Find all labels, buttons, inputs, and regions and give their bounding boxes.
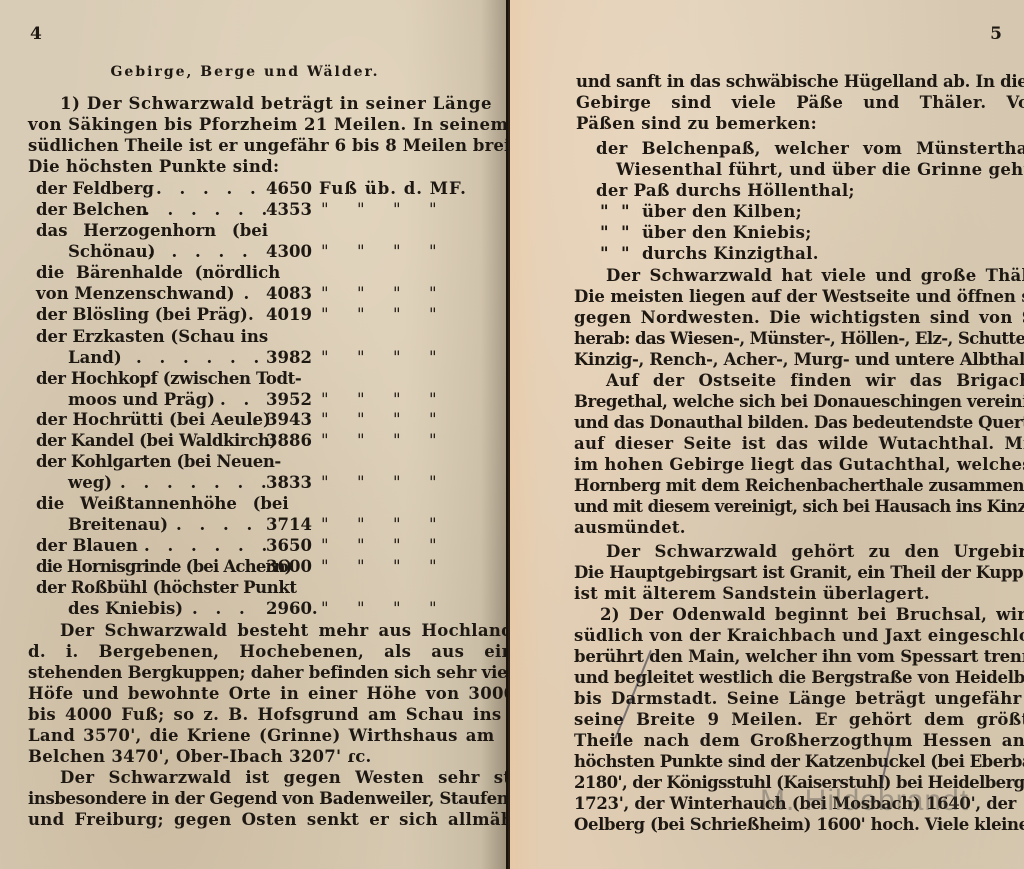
- leader-dots: . . . . .: [156, 179, 262, 199]
- leader-dots: . . . .: [176, 515, 258, 535]
- peak-name-cont: von Menzenschwand): [36, 284, 235, 304]
- peak-height: 4019: [266, 305, 312, 325]
- watermark: M. Hildebrandt: [760, 784, 969, 818]
- text-line: berührt den Main, welcher ihn vom Spessa…: [574, 647, 1024, 667]
- text-line: gegen Nordwesten. Die wichtigsten sind v…: [574, 308, 1024, 328]
- text-line: insbesondere in der Gegend von Badenweil…: [28, 789, 508, 809]
- peak-name: der Kohlgarten (bei Neuen-: [36, 452, 281, 472]
- pass-item: Wiesenthal führt, und über die Grinne ge…: [616, 160, 1024, 180]
- ditto-marks: """": [321, 473, 465, 493]
- ditto-marks: """": [321, 515, 465, 535]
- peak-name-cont: des Kniebis): [68, 599, 183, 619]
- ditto-marks: """": [321, 348, 465, 368]
- right-page: 5 und sanft in das schwäbische Hügelland…: [510, 0, 1024, 869]
- peak-name: der Belchen: [36, 200, 148, 220]
- text-line: Bregethal, welche sich bei Donaueschinge…: [574, 392, 1024, 412]
- text-line: südlich von der Kraichbach und Jaxt eing…: [574, 626, 1024, 646]
- text-line: Land 3570', die Kriene (Grinne) Wirthsha…: [28, 726, 495, 746]
- text-line: und sanft in das schwäbische Hügelland a…: [576, 72, 1024, 92]
- pass-item: der Paß durchs Höllenthal;: [596, 181, 855, 201]
- peak-name: die Weißtannenhöhe (bei: [36, 494, 289, 514]
- text-line: stehenden Bergkuppen; daher befinden sic…: [28, 663, 508, 683]
- text-line: und Freiburg; gegen Osten senkt er sich …: [28, 810, 508, 830]
- text-line: im hohen Gebirge liegt das Gutachthal, w…: [574, 455, 1024, 475]
- peak-name: der Kandel (bei Waldkirch): [36, 431, 277, 451]
- peak-height: 3943: [266, 410, 312, 430]
- text-line: Oelberg (bei Schrießheim) 1600' hoch. Vi…: [574, 815, 1024, 835]
- text-line: Die meisten liegen auf der Westseite und…: [574, 287, 1024, 307]
- ditto-marks: """": [321, 557, 465, 577]
- text-line: ist mit älterem Sandstein überlagert.: [574, 584, 930, 604]
- ditto-marks: """": [321, 599, 465, 619]
- leader-dots: . .: [220, 390, 255, 410]
- text-line: Gebirge sind viele Päße und Thäler. Von …: [576, 93, 1024, 113]
- peak-name: der Roßbühl (höchster Punkt: [36, 578, 297, 598]
- text-line: südlichen Theile ist er ungefähr 6 bis 8…: [28, 136, 508, 156]
- text-line: Der Schwarzwald hat viele und große Thäl…: [606, 266, 1024, 286]
- peak-height: 4650: [266, 179, 312, 199]
- peak-height: 3833: [266, 473, 312, 493]
- peak-name-cont: moos und Präg): [68, 390, 215, 410]
- pass-item: " " durchs Kinzigthal.: [600, 244, 819, 264]
- ditto-marks: """": [321, 431, 465, 451]
- peak-name-cont: Land): [68, 348, 122, 368]
- section-heading: Gebirge, Berge und Wälder.: [0, 64, 490, 80]
- peak-height: 3982: [266, 348, 312, 368]
- peak-name-cont: Schönau): [68, 242, 155, 262]
- peak-height: 2960.: [266, 599, 318, 619]
- text-line: Der Schwarzwald ist gegen Westen sehr st…: [60, 768, 508, 788]
- text-line: Kinzig-, Rench-, Acher-, Murg- und unter…: [574, 350, 1024, 370]
- pass-item: " " über den Kilben;: [600, 202, 802, 222]
- peak-height: 3650: [266, 536, 312, 556]
- peak-name: der Blauen: [36, 536, 138, 556]
- peak-name: der Hochrütti (bei Aeule): [36, 410, 271, 430]
- peak-height: 3714: [266, 515, 312, 535]
- text-line: d. i. Bergebenen, Hochebenen, als aus ei…: [28, 642, 508, 662]
- text-line: Der Schwarzwald besteht mehr aus Hochlan…: [60, 621, 508, 641]
- text-line: herab: das Wiesen-, Münster-, Höllen-, E…: [574, 329, 1024, 349]
- text-line: höchsten Punkte sind der Katzenbuckel (b…: [574, 752, 1024, 772]
- text-line: Auf der Ostseite finden wir das Brigach-…: [606, 371, 1024, 391]
- leader-dots: .: [252, 410, 264, 430]
- peak-name: die Bärenhalde (nördlich: [36, 263, 280, 283]
- ditto-marks: """": [321, 242, 465, 262]
- leader-dots: . . . . . . .: [120, 473, 273, 493]
- peak-name: der Blösling (bei Präg): [36, 305, 248, 325]
- peak-name: die Hornisgrinde (bei Achern): [36, 557, 292, 577]
- peak-name: das Herzogenhorn (bei: [36, 221, 268, 241]
- text-line: Hornberg mit dem Reichenbacherthale zusa…: [574, 476, 1024, 496]
- text-line: Die höchsten Punkte sind:: [28, 157, 279, 177]
- leader-dots: . . . . . .: [144, 536, 273, 556]
- leader-dots: . .: [220, 284, 255, 304]
- ditto-marks: """": [321, 200, 465, 220]
- leader-dots: . . . . . .: [136, 348, 265, 368]
- ditto-marks: """": [321, 390, 465, 410]
- left-page: 4 Gebirge, Berge und Wälder. 1) Der Schw…: [0, 0, 508, 869]
- leader-dots: .: [248, 305, 260, 325]
- peak-height: 3886: [266, 431, 312, 451]
- ditto-marks: """": [321, 284, 465, 304]
- text-line: ausmündet.: [574, 518, 686, 538]
- peak-name: der Erzkasten (Schau ins: [36, 327, 268, 347]
- ditto-marks: """": [321, 536, 465, 556]
- leader-dots: . . . . . .: [144, 200, 273, 220]
- peak-name: der Feldberg: [36, 179, 154, 199]
- text-line: und mit diesem vereinigt, sich bei Hausa…: [574, 497, 1024, 517]
- leader-dots: . . . . .: [148, 242, 254, 262]
- peak-height: 4300: [266, 242, 312, 262]
- peak-name-cont: Breitenau): [68, 515, 168, 535]
- text-line: bis Darmstadt. Seine Länge beträgt ungef…: [574, 689, 1024, 709]
- ditto-marks: """": [321, 410, 465, 430]
- leader-dots: . . .: [192, 599, 251, 619]
- peak-height: 3600: [266, 557, 312, 577]
- text-line: bis 4000 Fuß; so z. B. Hofsgrund am Scha…: [28, 705, 501, 725]
- book-spread: 4 Gebirge, Berge und Wälder. 1) Der Schw…: [0, 0, 1024, 869]
- text-line: auf dieser Seite ist das wilde Wutachtha…: [574, 434, 1024, 454]
- pass-item: der Belchenpaß, welcher vom Münsterthal …: [596, 139, 1024, 159]
- text-line: Belchen 3470', Ober-Ibach 3207' ɾc.: [28, 747, 372, 767]
- text-line: seine Breite 9 Meilen. Er gehört dem grö…: [574, 710, 1024, 730]
- peak-name: der Hochkopf (zwischen Todt-: [36, 369, 301, 389]
- ditto-marks: """": [321, 305, 465, 325]
- text-line: Die Hauptgebirgsart ist Granit, ein Thei…: [574, 563, 1024, 583]
- page-number-right: 5: [990, 24, 1002, 44]
- peak-height: 4353: [266, 200, 312, 220]
- peak-unit: Fuß üb. d. MF.: [319, 179, 467, 199]
- text-line: Päßen sind zu bemerken:: [576, 114, 817, 134]
- text-line: Höfe und bewohnte Orte in einer Höhe von…: [28, 684, 508, 704]
- page-number-left: 4: [30, 24, 42, 44]
- text-line: 1) Der Schwarzwald beträgt in seiner Län…: [60, 94, 492, 114]
- text-line: 2) Der Odenwald beginnt bei Bruchsal, wi…: [600, 605, 1024, 625]
- peak-height: 4083: [266, 284, 312, 304]
- text-line: und das Donauthal bilden. Das bedeutends…: [574, 413, 1024, 433]
- peak-name-cont: weg): [68, 473, 112, 493]
- pass-item: " " über den Kniebis;: [600, 223, 812, 243]
- peak-height: 3952: [266, 390, 312, 410]
- text-line: Theile nach dem Großherzogthum Hessen an…: [574, 731, 1024, 751]
- text-line: von Säkingen bis Pforzheim 21 Meilen. In…: [28, 115, 508, 135]
- text-line: Der Schwarzwald gehört zu den Urgebirgen…: [606, 542, 1024, 562]
